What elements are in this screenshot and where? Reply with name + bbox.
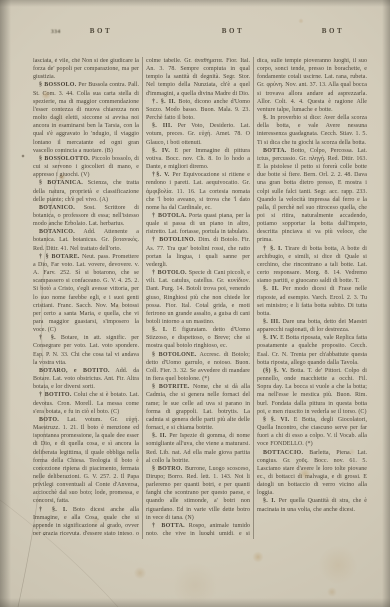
entry-text: Botta. T. de' Pittori. Colpo di pennello… xyxy=(257,368,367,415)
entry-headword: † § BOTARE. xyxy=(39,254,80,260)
entry-headword: † §. I. xyxy=(263,246,282,252)
dictionary-entry: § BOTRITE. Nome, che si dà alla Cadmia, … xyxy=(146,383,250,432)
entry-headword: (§) §. V. xyxy=(263,368,287,374)
dictionary-entry: §. I. Per quella Quantità di stra, che è… xyxy=(257,497,367,513)
dictionary-entry: † §. Botare, in att. signific. per Conse… xyxy=(33,334,139,367)
dictionary-entry: §. In proverbio si dice: Aver della scor… xyxy=(257,114,367,147)
entry-headword: BOTANICO. xyxy=(39,205,75,211)
dictionary-entry: §. III. Per Voto, Desiderio. Lat. votum,… xyxy=(146,122,250,146)
entry-headword: † §. I. xyxy=(39,507,67,513)
entry-text: Per Bussola contra. Pall. St. Com. 3. 44… xyxy=(33,82,139,153)
entry-headword: † BOTOLINO. xyxy=(152,237,196,243)
dictionary-entry: § BOSSOLOTTO. Piccolo bossolo, di cui si… xyxy=(33,155,139,179)
dictionary-entry: BOTTA. Botto, Colpo, Percossa. Lat. ictu… xyxy=(257,147,367,245)
entry-headword: § BOTRITE. xyxy=(152,384,190,390)
dictionary-entry: §. III. Dare una botta, detto dei Maestr… xyxy=(257,318,367,334)
entry-headword: § BOTRO. xyxy=(152,466,183,472)
entry-headword: †§. V. xyxy=(152,172,170,178)
dictionary-entry: † BOTITO. Colui che si è botato. Lat. de… xyxy=(33,391,139,415)
entry-text: lasciata, è vile, chè Non si dee giudica… xyxy=(33,58,139,80)
dictionary-entry: †. §. II. Boto, dicono anche d'Uomo Sozz… xyxy=(146,98,250,122)
dictionary-entry: BOTANICO. Add. Attenente a botanica. Lat… xyxy=(33,228,139,252)
entry-headword: §. I. xyxy=(152,327,167,333)
dictionary-entry: § BOTRO. Burrone, Luogo scosceso, Dirupo… xyxy=(146,465,250,522)
column-rule-left xyxy=(142,57,143,539)
dictionary-entry: BOTO. Lat. votum. Gr. εὐχή. Maestruzz. 1… xyxy=(33,416,139,506)
entry-headword: §. III. xyxy=(152,123,172,129)
entry-headword: § BOTANICA. xyxy=(39,180,83,186)
running-head-right: BOT xyxy=(315,27,351,35)
dictionary-entry: (§) §. V. Botta. T. de' Pittori. Colpo d… xyxy=(257,367,367,416)
dictionary-entry: BOTTACCIO. Barletta, Piena. Lat. congius… xyxy=(257,449,367,498)
entry-headword: BOTARO, e BOTITO. xyxy=(39,368,110,374)
text-column-right: dica, sulle tempie pioveranno luoghi, il… xyxy=(257,57,367,537)
entry-text: colme tabelle. Gr. ἀναθήματα. Fior. Ital… xyxy=(146,58,250,97)
entry-headword: BOTO. xyxy=(39,417,59,423)
entry-text: Botto, Colpo, Percossa. Lat. ictus, perc… xyxy=(257,148,367,244)
entry-headword: † BOTOLA. xyxy=(152,213,187,219)
entry-headword: § BOTOLONE. xyxy=(152,352,197,358)
entry-headword: §. I. xyxy=(263,498,276,504)
dictionary-entry: § BOSSOLO. Per Bussola contra. Pall. St.… xyxy=(33,81,139,154)
entry-headword: † §. xyxy=(39,335,56,341)
dictionary-entry: † §. I. Boto dicesi anche alla Immagine,… xyxy=(33,506,139,535)
entry-headword: §. III. xyxy=(263,319,280,325)
dictionary-entry: dica, sulle tempie pioveranno luoghi, il… xyxy=(257,57,367,114)
entry-text: dica, sulle tempie pioveranno luoghi, il… xyxy=(257,58,367,113)
page-edge-shadow-top xyxy=(0,0,390,7)
text-column-left: lasciata, è vile, chè Non si dee giudica… xyxy=(33,57,139,535)
entry-headword: BOTANICO. xyxy=(39,229,75,235)
entry-text: Neut. pass. Promettere a Dio, Far voto. … xyxy=(33,254,139,333)
entry-headword: BOTTACCIO. xyxy=(263,450,303,456)
dictionary-entry: †§. V. Per Equivocazione si ritiene e re… xyxy=(146,171,250,212)
entry-headword: † BOTOLO. xyxy=(152,270,187,276)
entry-headword: †. §. II. xyxy=(152,99,176,105)
dictionary-entry: §. I. E figuratam. detto d'Uomo Stizzoso… xyxy=(146,326,250,350)
dictionary-entry: lasciata, è vile, chè Non si dee giudica… xyxy=(33,57,139,81)
page-edge-shadow-bottom xyxy=(0,598,390,607)
dictionary-entry: † BOTOLINO. Dim. di Botolo. Fir. As. 77.… xyxy=(146,236,250,269)
entry-headword: † BOTTA. xyxy=(152,523,185,529)
entry-text: Barletta, Piena. Lat. congius. Gr. χοῦς.… xyxy=(257,450,367,497)
entry-headword: §. II. xyxy=(152,433,167,439)
entry-headword: § §. VI. xyxy=(263,417,289,423)
dictionary-entry: § §. VI. E Botta, degli Giocolatori, Que… xyxy=(257,416,367,449)
dictionary-entry: BOTANICO. Sost. Scrittore di botanica, o… xyxy=(33,204,139,228)
dictionary-entry: §. IV. E Botta riposata, vale Replica fa… xyxy=(257,334,367,367)
dictionary-entry: † § BOTARE. Neut. pass. Promettere a Dio… xyxy=(33,253,139,335)
dictionary-entry: † BOTOLA. Porta quasi piana, per la qual… xyxy=(146,212,250,236)
running-head-left: BOT xyxy=(83,27,119,35)
dictionary-entry: § BOTANICA. Scienza, che tratta della na… xyxy=(33,179,139,203)
dictionary-entry: † BOTTA. Rospo, animale tumido noto, che… xyxy=(146,522,250,535)
dictionary-entry: §. IV. E per Immagine di pittura votiva.… xyxy=(146,147,250,171)
column-rule-right xyxy=(253,57,254,539)
entry-headword: § BOSSOLOTTO. xyxy=(39,156,90,162)
scanned-dictionary-page: 334 BOT BOT BOT lasciata, è vile, chè No… xyxy=(0,0,390,607)
entry-headword: † BOTITO. xyxy=(39,392,72,398)
entry-headword: § BOSSOLO. xyxy=(39,82,76,88)
text-column-center: colme tabelle. Gr. ἀναθήματα. Fior. Ital… xyxy=(146,57,250,535)
entry-headword: §. IV. xyxy=(263,335,278,341)
dictionary-entry: † §. I. Tirare di botta botta, A botte d… xyxy=(257,245,367,286)
dictionary-entry: §. II. Per Ispezie di gomma, di nome som… xyxy=(146,432,250,465)
dictionary-entry: colme tabelle. Gr. ἀναθήματα. Fior. Ital… xyxy=(146,57,250,98)
entry-text: Lat. votum. Gr. εὐχή. Maestruzz. 1. 21. … xyxy=(33,417,139,505)
entry-text: Burrone, Luogo scosceso, Dirupo; Borro. … xyxy=(146,466,250,521)
dictionary-entry: BOTARO, e BOTITO. Add. da Botare. Lat. v… xyxy=(33,367,139,391)
page-edge-shadow-right xyxy=(382,0,390,607)
dictionary-entry: † BOTOLO. Specie di Cani piccoli, e vili… xyxy=(146,269,250,326)
entry-headword: §. IV. xyxy=(152,148,170,154)
dictionary-entry: § BOTOLONE. Accresc. di Botolo; detto d'… xyxy=(146,351,250,384)
entry-text: Specie di Cani piccoli, e vili. Lat. cat… xyxy=(146,270,250,325)
dictionary-entry: §. II. Per modo dicesi di Frase nelle ri… xyxy=(257,285,367,318)
page-signature: 334 xyxy=(51,29,61,35)
entry-headword: §. II. xyxy=(263,286,279,292)
entry-text: Nome, che si dà alla Cadmia, che si gene… xyxy=(146,384,250,431)
entry-text: In proverbio si dice: Aver della scorza … xyxy=(257,115,367,145)
entry-headword: BOTTA. xyxy=(263,148,287,154)
running-head-center: BOT xyxy=(215,27,251,35)
page-edge-shadow-left xyxy=(0,0,11,607)
